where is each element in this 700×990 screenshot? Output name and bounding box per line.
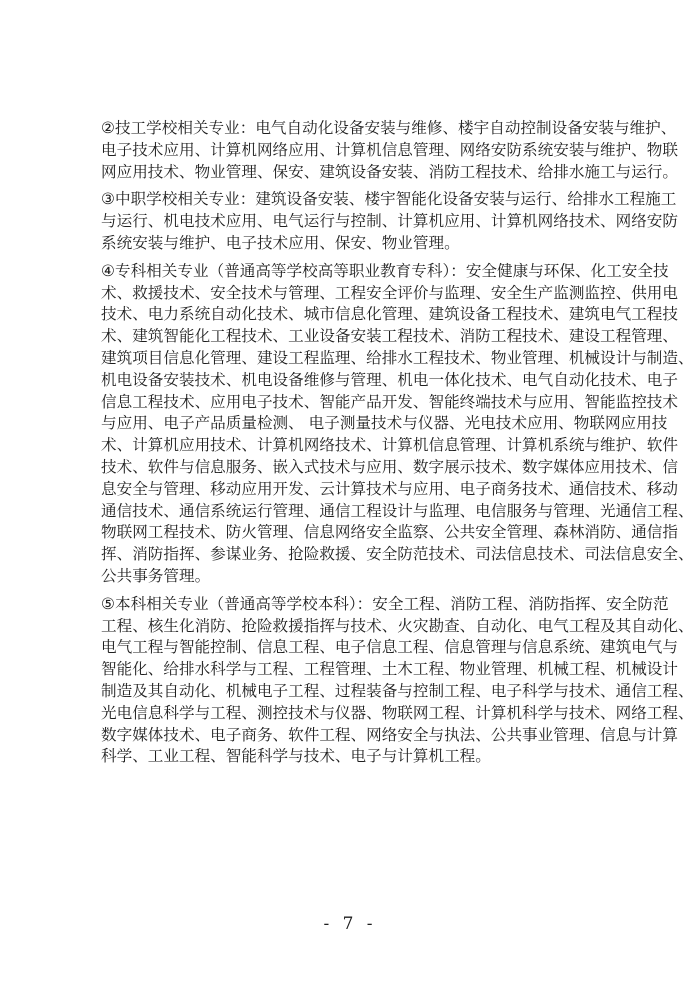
text-line: 系统安装与维护、电子技术应用、保安、物业管理。	[101, 233, 620, 255]
text-line: 术、救援技术、安全技术与管理、工程安全评价与监理、安全生产监测监控、供用电	[101, 283, 620, 305]
text-line: 数字媒体技术、电子商务、软件工程、网络安全与执法、公共事业管理、信息与计算	[101, 725, 620, 747]
text-line: 电气工程与智能控制、信息工程、电子信息工程、信息管理与信息系统、建筑电气与	[101, 637, 620, 659]
text-line: 挥、消防指挥、参谋业务、抢险救援、安全防范技术、司法信息技术、司法信息安全、	[101, 544, 620, 566]
document-body: ②技工学校相关专业：电气自动化设备安装与维修、楼宇自动控制设备安装与维护、 电子…	[101, 118, 620, 774]
text-line: 建筑项目信息化管理、建设工程监理、给排水工程技术、物业管理、机械设计与制造、	[101, 348, 620, 370]
text-line: 智能化、给排水科学与工程、工程管理、土木工程、物业管理、机械工程、机械设计	[101, 659, 620, 681]
text-line: 机电设备安装技术、机电设备维修与管理、机电一体化技术、电气自动化技术、电子	[101, 370, 620, 392]
text-line: ③中职学校相关专业：建筑设备安装、楼宇智能化设备安装与运行、给排水工程施工	[101, 189, 620, 211]
text-line: ④专科相关专业（普通高等学校高等职业教育专科）：安全健康与环保、化工安全技	[101, 261, 620, 283]
text-line: 光电信息科学与工程、测控技术与仪器、物联网工程、计算机科学与技术、网络工程、	[101, 703, 620, 725]
text-line: ⑤本科相关专业（普通高等学校本科）：安全工程、消防工程、消防指挥、安全防范	[101, 594, 620, 616]
text-line: 电子技术应用、计算机网络应用、计算机信息管理、网络安防系统安装与维护、物联	[101, 140, 620, 162]
text-line: 术、计算机应用技术、计算机网络技术、计算机信息管理、计算机系统与维护、软件	[101, 435, 620, 457]
text-line: 信息工程技术、应用电子技术、智能产品开发、智能终端技术与应用、智能监控技术	[101, 392, 620, 414]
text-line: 科学、工业工程、智能科学与技术、电子与计算机工程。	[101, 746, 620, 768]
text-line: 技术、电力系统自动化技术、城市信息化管理、建筑设备工程技术、建筑电气工程技	[101, 304, 620, 326]
paragraph-technical-school: ②技工学校相关专业：电气自动化设备安装与维修、楼宇自动控制设备安装与维护、 电子…	[101, 118, 620, 183]
document-page: ②技工学校相关专业：电气自动化设备安装与维修、楼宇自动控制设备安装与维护、 电子…	[0, 0, 700, 990]
text-line: 网应用技术、物业管理、保安、建筑设备安装、消防工程技术、给排水施工与运行。	[101, 162, 620, 184]
text-line: 公共事务管理。	[101, 566, 620, 588]
text-line: 与运行、机电技术应用、电气运行与控制、计算机应用、计算机网络技术、网络安防	[101, 211, 620, 233]
paragraph-secondary-vocational: ③中职学校相关专业：建筑设备安装、楼宇智能化设备安装与运行、给排水工程施工 与运…	[101, 189, 620, 254]
text-line: 物联网工程技术、防火管理、信息网络安全监察、公共安全管理、森林消防、通信指	[101, 522, 620, 544]
text-line: 通信技术、通信系统运行管理、通信工程设计与监理、电信服务与管理、光通信工程、	[101, 501, 620, 523]
text-line: ②技工学校相关专业：电气自动化设备安装与维修、楼宇自动控制设备安装与维护、	[101, 118, 620, 140]
paragraph-junior-college: ④专科相关专业（普通高等学校高等职业教育专科）：安全健康与环保、化工安全技 术、…	[101, 261, 620, 588]
text-line: 息安全与管理、移动应用开发、云计算技术与应用、电子商务技术、通信技术、移动	[101, 479, 620, 501]
text-line: 术、建筑智能化工程技术、工业设备安装工程技术、消防工程技术、建设工程管理、	[101, 326, 620, 348]
page-number: - 7 -	[0, 914, 700, 934]
text-line: 制造及其自动化、机械电子工程、过程装备与控制工程、电子科学与技术、通信工程、	[101, 681, 620, 703]
text-line: 与应用、电子产品质量检测、 电子测量技术与仪器、光电技术应用、物联网应用技	[101, 413, 620, 435]
text-line: 技术、软件与信息服务、嵌入式技术与应用、数字展示技术、数字媒体应用技术、信	[101, 457, 620, 479]
text-line: 工程、核生化消防、抢险救援指挥与技术、火灾勘查、自动化、电气工程及其自动化、	[101, 616, 620, 638]
paragraph-undergraduate: ⑤本科相关专业（普通高等学校本科）：安全工程、消防工程、消防指挥、安全防范 工程…	[101, 594, 620, 768]
